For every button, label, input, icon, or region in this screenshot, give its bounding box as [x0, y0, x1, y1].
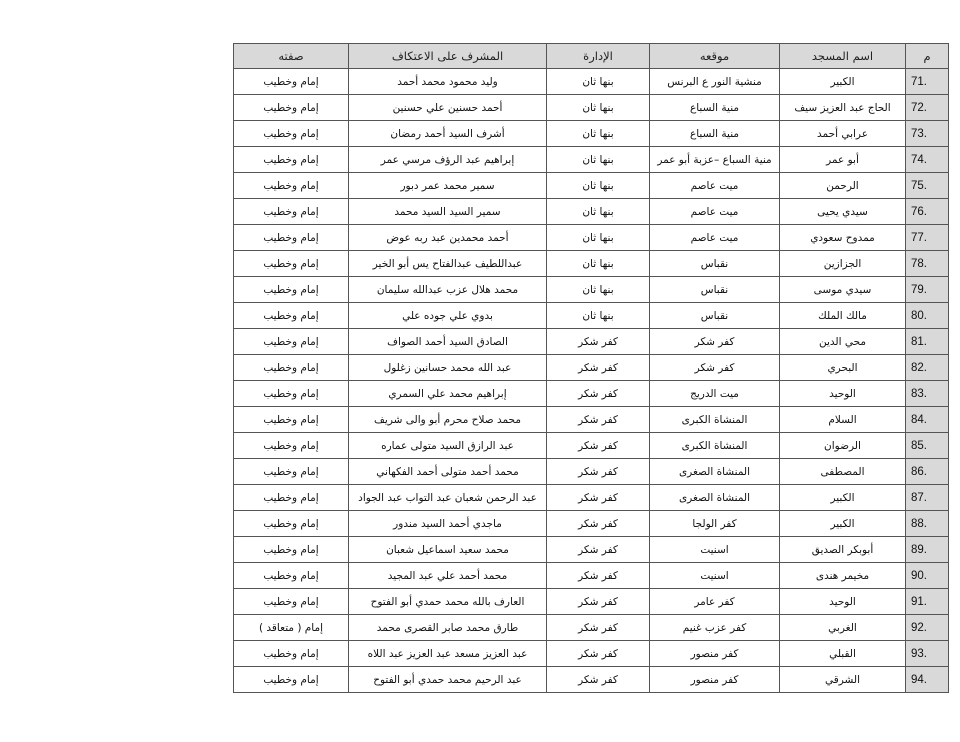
- administration-cell: بنها ثان: [547, 95, 650, 121]
- location-cell: منية السباع: [650, 95, 780, 121]
- role-cell: إمام وخطيب: [234, 199, 349, 225]
- supervisor-cell: أشرف السيد أحمد رمضان: [349, 121, 547, 147]
- role-cell: إمام وخطيب: [234, 485, 349, 511]
- mosque-name-cell: مالك الملك: [780, 303, 906, 329]
- administration-cell: بنها ثان: [547, 303, 650, 329]
- administration-cell: بنها ثان: [547, 121, 650, 147]
- location-cell: كفر عامر: [650, 589, 780, 615]
- table-row: 85.الرضوانالمنشاة الكبرىكفر شكرعبد الراز…: [234, 433, 949, 459]
- mosque-name-cell: ممدوح سعودي: [780, 225, 906, 251]
- row-num: 89.: [906, 537, 949, 563]
- row-num: 85.: [906, 433, 949, 459]
- mosque-name-cell: الوحيد: [780, 381, 906, 407]
- location-cell: المنشاة الصغرى: [650, 459, 780, 485]
- administration-cell: بنها ثان: [547, 173, 650, 199]
- role-cell: إمام وخطيب: [234, 121, 349, 147]
- supervisor-cell: عبد الرازق السيد متولى عماره: [349, 433, 547, 459]
- location-cell: منشية النور ع البرنس: [650, 69, 780, 95]
- row-num: 78.: [906, 251, 949, 277]
- supervisor-cell: عبد الرحيم محمد حمدي أبو الفتوح: [349, 667, 547, 693]
- location-cell: منية السباع: [650, 121, 780, 147]
- administration-cell: كفر شكر: [547, 537, 650, 563]
- administration-cell: كفر شكر: [547, 381, 650, 407]
- table-row: 80.مالك الملكنقباسبنها ثانبدوي علي جوده …: [234, 303, 949, 329]
- supervisor-cell: عبداللطيف عبدالفتاح يس أبو الخير: [349, 251, 547, 277]
- location-cell: ميت عاصم: [650, 199, 780, 225]
- role-cell: إمام وخطيب: [234, 173, 349, 199]
- location-cell: المنشاة الصغرى: [650, 485, 780, 511]
- role-cell: إمام وخطيب: [234, 459, 349, 485]
- row-num: 80.: [906, 303, 949, 329]
- location-cell: المنشاة الكبرى: [650, 407, 780, 433]
- mosque-name-cell: الكبير: [780, 511, 906, 537]
- mosque-name-cell: أبوبكر الصديق: [780, 537, 906, 563]
- role-cell: إمام ( متعاقد ): [234, 615, 349, 641]
- mosque-name-cell: محي الدين: [780, 329, 906, 355]
- table-row: 93.القبليكفر منصوركفر شكرعبد العزيز مسعد…: [234, 641, 949, 667]
- role-cell: إمام وخطيب: [234, 589, 349, 615]
- table-row: 94.الشرقيكفر منصوركفر شكرعبد الرحيم محمد…: [234, 667, 949, 693]
- administration-cell: كفر شكر: [547, 641, 650, 667]
- row-num: 93.: [906, 641, 949, 667]
- mosque-name-cell: مخيمر هندى: [780, 563, 906, 589]
- administration-cell: بنها ثان: [547, 251, 650, 277]
- row-num: 82.: [906, 355, 949, 381]
- supervisor-cell: إبراهيم عبد الرؤف مرسي عمر: [349, 147, 547, 173]
- role-cell: إمام وخطيب: [234, 303, 349, 329]
- table-row: 73.عرابي أحمدمنية السباعبنها ثانأشرف الس…: [234, 121, 949, 147]
- location-cell: كفر منصور: [650, 641, 780, 667]
- table-row: 79.سيدي موسىنقباسبنها ثانمحمد هلال عزب ع…: [234, 277, 949, 303]
- location-cell: ميت عاصم: [650, 173, 780, 199]
- administration-cell: كفر شكر: [547, 329, 650, 355]
- administration-cell: بنها ثان: [547, 69, 650, 95]
- table-row: 77.ممدوح سعوديميت عاصمبنها ثانأحمد محمدي…: [234, 225, 949, 251]
- supervisor-cell: إبراهيم محمد علي السمري: [349, 381, 547, 407]
- supervisor-cell: سمير السيد السيد محمد: [349, 199, 547, 225]
- row-num: 74.: [906, 147, 949, 173]
- supervisor-cell: عبد الرحمن شعبان عبد التواب عبد الجواد: [349, 485, 547, 511]
- location-cell: كفر شكر: [650, 355, 780, 381]
- row-num: 92.: [906, 615, 949, 641]
- location-cell: المنشاة الكبرى: [650, 433, 780, 459]
- mosque-name-cell: الوحيد: [780, 589, 906, 615]
- header-num: م: [906, 44, 949, 69]
- supervisor-cell: محمد سعيد اسماعيل شعبان: [349, 537, 547, 563]
- role-cell: إمام وخطيب: [234, 641, 349, 667]
- administration-cell: كفر شكر: [547, 563, 650, 589]
- mosque-supervisors-table: م اسم المسجد موقعه الإدارة المشرف على ال…: [233, 43, 949, 693]
- role-cell: إمام وخطيب: [234, 511, 349, 537]
- role-cell: إمام وخطيب: [234, 225, 349, 251]
- location-cell: نقباس: [650, 277, 780, 303]
- role-cell: إمام وخطيب: [234, 355, 349, 381]
- supervisor-cell: أحمد حسنين علي حسنين: [349, 95, 547, 121]
- administration-cell: كفر شكر: [547, 667, 650, 693]
- administration-cell: بنها ثان: [547, 199, 650, 225]
- administration-cell: كفر شكر: [547, 433, 650, 459]
- row-num: 84.: [906, 407, 949, 433]
- supervisor-cell: طارق محمد صابر القصرى محمد: [349, 615, 547, 641]
- table-row: 92.الغربيكفر عزب غنيمكفر شكرطارق محمد صا…: [234, 615, 949, 641]
- header-location: موقعه: [650, 44, 780, 69]
- header-administration: الإدارة: [547, 44, 650, 69]
- header-supervisor: المشرف على الاعتكاف: [349, 44, 547, 69]
- location-cell: كفر عزب غنيم: [650, 615, 780, 641]
- role-cell: إمام وخطيب: [234, 251, 349, 277]
- document-page: م اسم المسجد موقعه الإدارة المشرف على ال…: [0, 0, 960, 742]
- table-row: 86.المصطفىالمنشاة الصغرىكفر شكرمحمد أحمد…: [234, 459, 949, 485]
- role-cell: إمام وخطيب: [234, 277, 349, 303]
- supervisor-cell: بدوي علي جوده علي: [349, 303, 547, 329]
- role-cell: إمام وخطيب: [234, 563, 349, 589]
- supervisor-cell: محمد أحمد متولى أحمد الفكهاني: [349, 459, 547, 485]
- row-num: 88.: [906, 511, 949, 537]
- administration-cell: كفر شكر: [547, 355, 650, 381]
- location-cell: كفر شكر: [650, 329, 780, 355]
- administration-cell: بنها ثان: [547, 225, 650, 251]
- mosque-name-cell: الكبير: [780, 69, 906, 95]
- administration-cell: كفر شكر: [547, 589, 650, 615]
- table-row: 90.مخيمر هندىاسنيتكفر شكرمحمد أحمد علي ع…: [234, 563, 949, 589]
- location-cell: نقباس: [650, 303, 780, 329]
- role-cell: إمام وخطيب: [234, 147, 349, 173]
- row-num: 76.: [906, 199, 949, 225]
- table-row: 91.الوحيدكفر عامركفر شكرالعارف بالله محم…: [234, 589, 949, 615]
- administration-cell: كفر شكر: [547, 407, 650, 433]
- administration-cell: بنها ثان: [547, 147, 650, 173]
- table-row: 81.محي الدينكفر شكركفر شكرالصادق السيد أ…: [234, 329, 949, 355]
- table-row: 89.أبوبكر الصديقاسنيتكفر شكرمحمد سعيد اس…: [234, 537, 949, 563]
- table-row: 87.الكبيرالمنشاة الصغرىكفر شكرعبد الرحمن…: [234, 485, 949, 511]
- row-num: 83.: [906, 381, 949, 407]
- row-num: 72.: [906, 95, 949, 121]
- table-row: 82.البحريكفر شكركفر شكرعبد الله محمد حسا…: [234, 355, 949, 381]
- row-num: 86.: [906, 459, 949, 485]
- table-row: 84.السلامالمنشاة الكبرىكفر شكرمحمد صلاح …: [234, 407, 949, 433]
- location-cell: نقباس: [650, 251, 780, 277]
- location-cell: كفر منصور: [650, 667, 780, 693]
- mosque-name-cell: المصطفى: [780, 459, 906, 485]
- mosque-name-cell: الشرقي: [780, 667, 906, 693]
- table-row: 88.الكبيركفر الولجاكفر شكرماجدي أحمد الس…: [234, 511, 949, 537]
- supervisor-cell: عبد العزيز مسعد عبد العزيز عبد اللاه: [349, 641, 547, 667]
- administration-cell: بنها ثان: [547, 277, 650, 303]
- supervisor-cell: محمد أحمد علي عبد المجيد: [349, 563, 547, 589]
- mosque-name-cell: الغربي: [780, 615, 906, 641]
- supervisor-cell: أحمد محمدين عبد ربه عوض: [349, 225, 547, 251]
- role-cell: إمام وخطيب: [234, 95, 349, 121]
- role-cell: إمام وخطيب: [234, 433, 349, 459]
- header-role: صفته: [234, 44, 349, 69]
- header-mosque-name: اسم المسجد: [780, 44, 906, 69]
- administration-cell: كفر شكر: [547, 485, 650, 511]
- role-cell: إمام وخطيب: [234, 329, 349, 355]
- supervisor-cell: العارف بالله محمد حمدي أبو الفتوح: [349, 589, 547, 615]
- role-cell: إمام وخطيب: [234, 537, 349, 563]
- mosque-name-cell: الرضوان: [780, 433, 906, 459]
- administration-cell: كفر شكر: [547, 459, 650, 485]
- row-num: 94.: [906, 667, 949, 693]
- table-row: 74.أبو عمرمنية السباع –عزبة أبو عمربنها …: [234, 147, 949, 173]
- row-num: 79.: [906, 277, 949, 303]
- mosque-name-cell: الحاج عبد العزيز سيف: [780, 95, 906, 121]
- table-row: 75.الرحمنميت عاصمبنها ثانسمير محمد عمر د…: [234, 173, 949, 199]
- supervisor-cell: سمير محمد عمر دبور: [349, 173, 547, 199]
- role-cell: إمام وخطيب: [234, 667, 349, 693]
- mosque-name-cell: السلام: [780, 407, 906, 433]
- table-row: 71.الكبيرمنشية النور ع البرنسبنها ثانولي…: [234, 69, 949, 95]
- supervisor-cell: محمد هلال عزب عبدالله سليمان: [349, 277, 547, 303]
- table-row: 83.الوحيدميت الدريجكفر شكرإبراهيم محمد ع…: [234, 381, 949, 407]
- location-cell: كفر الولجا: [650, 511, 780, 537]
- supervisor-cell: الصادق السيد أحمد الصواف: [349, 329, 547, 355]
- mosque-name-cell: الرحمن: [780, 173, 906, 199]
- supervisor-cell: وليد محمود محمد أحمد: [349, 69, 547, 95]
- row-num: 73.: [906, 121, 949, 147]
- location-cell: منية السباع –عزبة أبو عمر: [650, 147, 780, 173]
- table-body: 71.الكبيرمنشية النور ع البرنسبنها ثانولي…: [234, 69, 949, 693]
- supervisor-cell: محمد صلاح محرم أبو والى شريف: [349, 407, 547, 433]
- mosque-name-cell: سيدي موسى: [780, 277, 906, 303]
- mosque-name-cell: أبو عمر: [780, 147, 906, 173]
- administration-cell: كفر شكر: [547, 511, 650, 537]
- location-cell: اسنيت: [650, 537, 780, 563]
- row-num: 71.: [906, 69, 949, 95]
- table-row: 76.سيدي يحيىميت عاصمبنها ثانسمير السيد ا…: [234, 199, 949, 225]
- mosque-name-cell: البحري: [780, 355, 906, 381]
- location-cell: اسنيت: [650, 563, 780, 589]
- mosque-name-cell: الكبير: [780, 485, 906, 511]
- supervisor-cell: عبد الله محمد حسانين زغلول: [349, 355, 547, 381]
- mosque-name-cell: القبلي: [780, 641, 906, 667]
- role-cell: إمام وخطيب: [234, 407, 349, 433]
- location-cell: ميت عاصم: [650, 225, 780, 251]
- row-num: 87.: [906, 485, 949, 511]
- role-cell: إمام وخطيب: [234, 69, 349, 95]
- row-num: 75.: [906, 173, 949, 199]
- role-cell: إمام وخطيب: [234, 381, 349, 407]
- row-num: 77.: [906, 225, 949, 251]
- table-header-row: م اسم المسجد موقعه الإدارة المشرف على ال…: [234, 44, 949, 69]
- row-num: 81.: [906, 329, 949, 355]
- supervisor-cell: ماجدي أحمد السيد مندور: [349, 511, 547, 537]
- mosque-name-cell: سيدي يحيى: [780, 199, 906, 225]
- table-row: 78.الجزازيننقباسبنها ثانعبداللطيف عبدالف…: [234, 251, 949, 277]
- mosque-name-cell: الجزازين: [780, 251, 906, 277]
- mosque-name-cell: عرابي أحمد: [780, 121, 906, 147]
- location-cell: ميت الدريج: [650, 381, 780, 407]
- row-num: 90.: [906, 563, 949, 589]
- table-row: 72.الحاج عبد العزيز سيفمنية السباعبنها ث…: [234, 95, 949, 121]
- row-num: 91.: [906, 589, 949, 615]
- administration-cell: كفر شكر: [547, 615, 650, 641]
